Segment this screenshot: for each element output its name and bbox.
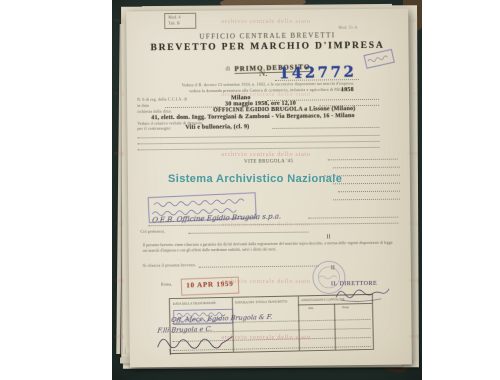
date-received-stamp: 10 APR 1959 bbox=[181, 277, 240, 296]
dotted-rule bbox=[188, 232, 308, 234]
number-label: N. bbox=[259, 68, 268, 78]
dotted-rule bbox=[308, 217, 398, 219]
dotted-rule bbox=[328, 159, 398, 161]
table-subheader-b: firma bbox=[342, 305, 349, 309]
place-label: Roma, bbox=[161, 282, 172, 287]
dotted-rule bbox=[338, 191, 400, 193]
table-header-2: NATURA DEL TITOLO TRASCRITTO bbox=[235, 300, 287, 305]
table-subcolumn-line bbox=[334, 304, 336, 350]
watermark-teal-text: Sistema Archivistico Nazionale bbox=[168, 173, 342, 185]
table-header-1: DATA DELLA TRASCRIZIONE bbox=[173, 301, 216, 306]
slanted-office-stamp bbox=[363, 49, 394, 69]
dotted-rule bbox=[138, 141, 380, 145]
corner-note: Mod. 51-A bbox=[338, 25, 357, 30]
form-row5-label2: per il contrassegno: bbox=[137, 126, 171, 131]
issue-line: Si rilascia il presente brevetto. bbox=[143, 263, 197, 268]
decree-paragraph: Il presente brevetto viene rilasciato a … bbox=[143, 240, 393, 254]
dotted-rule bbox=[199, 265, 319, 267]
dotted-rule bbox=[333, 167, 400, 169]
office-heading: UFFICIO CENTRALE BREVETTI bbox=[199, 31, 335, 40]
dotted-rule bbox=[137, 135, 379, 139]
document-page: Mod. 4 Tab. B Mod. 51-A UFFICIO CENTRALE… bbox=[126, 9, 412, 368]
form-row2-label: in data bbox=[137, 103, 149, 108]
dotted-rule bbox=[333, 199, 400, 201]
dotted-rule bbox=[272, 127, 379, 129]
premise-line: Ciò premesso, bbox=[140, 229, 165, 234]
form-row5-value: Viti e bulloneria, (cl. 9) bbox=[185, 124, 249, 131]
stamp-squiggle bbox=[366, 51, 392, 66]
table-header-3: ANNOTAZIONI E CONVALIDE bbox=[301, 297, 345, 302]
dotted-rule bbox=[333, 183, 400, 185]
scanned-register-image: Mod. 4 Tab. B Mod. 51-A UFFICIO CENTRALE… bbox=[0, 0, 500, 380]
scanner-bed-background: Mod. 4 Tab. B Mod. 51-A UFFICIO CENTRALE… bbox=[112, 0, 422, 380]
handwritten-flourish bbox=[156, 336, 238, 355]
form-row1-label: N. 6 di reg. della C.C.I.A. di bbox=[137, 97, 187, 102]
subtitle-prefix: di bbox=[225, 66, 230, 72]
patent-number: 142772 bbox=[279, 63, 357, 83]
dotted-rule bbox=[165, 107, 220, 109]
document-title: BREVETTO PER MARCHIO D'IMPRESA bbox=[150, 41, 384, 53]
dotted-rule bbox=[138, 147, 380, 151]
form-row3-label: richiesta dalla ditta: bbox=[137, 109, 172, 114]
mark-caption: VITE BRUGOLA '45 bbox=[244, 158, 293, 164]
legal-year-bold: 1958 bbox=[341, 87, 354, 93]
model-stamp-box: Mod. 4 Tab. B bbox=[164, 13, 196, 29]
legal-line-2: veduta la domanda presentata alla Camera… bbox=[189, 87, 347, 93]
model-stamp-line2: Tab. B bbox=[168, 21, 180, 26]
model-stamp-line1: Mod. 4 bbox=[168, 15, 181, 20]
table-subheader-a: data bbox=[308, 306, 313, 310]
